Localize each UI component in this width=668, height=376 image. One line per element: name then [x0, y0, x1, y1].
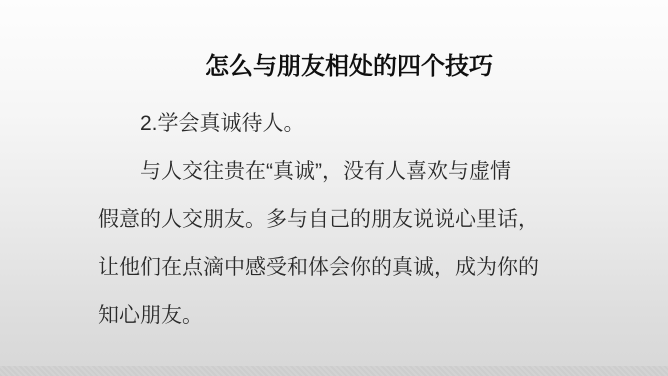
- slide-bottom-edge: [0, 366, 668, 376]
- body-line: 假意的人交朋友。多与自己的朋友说说心里话，: [98, 196, 580, 244]
- presentation-slide: 怎么与朋友相处的四个技巧 2.学会真诚待人。 与人交往贵在“真诚”，没有人喜欢与…: [0, 0, 668, 376]
- body-line: 知心朋友。: [98, 292, 580, 340]
- slide-body-textbox: 2.学会真诚待人。 与人交往贵在“真诚”，没有人喜欢与虚情 假意的人交朋友。多与…: [98, 100, 580, 340]
- body-line: 与人交往贵在“真诚”，没有人喜欢与虚情: [98, 148, 580, 196]
- body-line: 让他们在点滴中感受和体会你的真诚，成为你的: [98, 244, 580, 292]
- slide-title: 怎么与朋友相处的四个技巧: [0, 52, 668, 82]
- slide-subtitle: 2.学会真诚待人。: [98, 100, 580, 148]
